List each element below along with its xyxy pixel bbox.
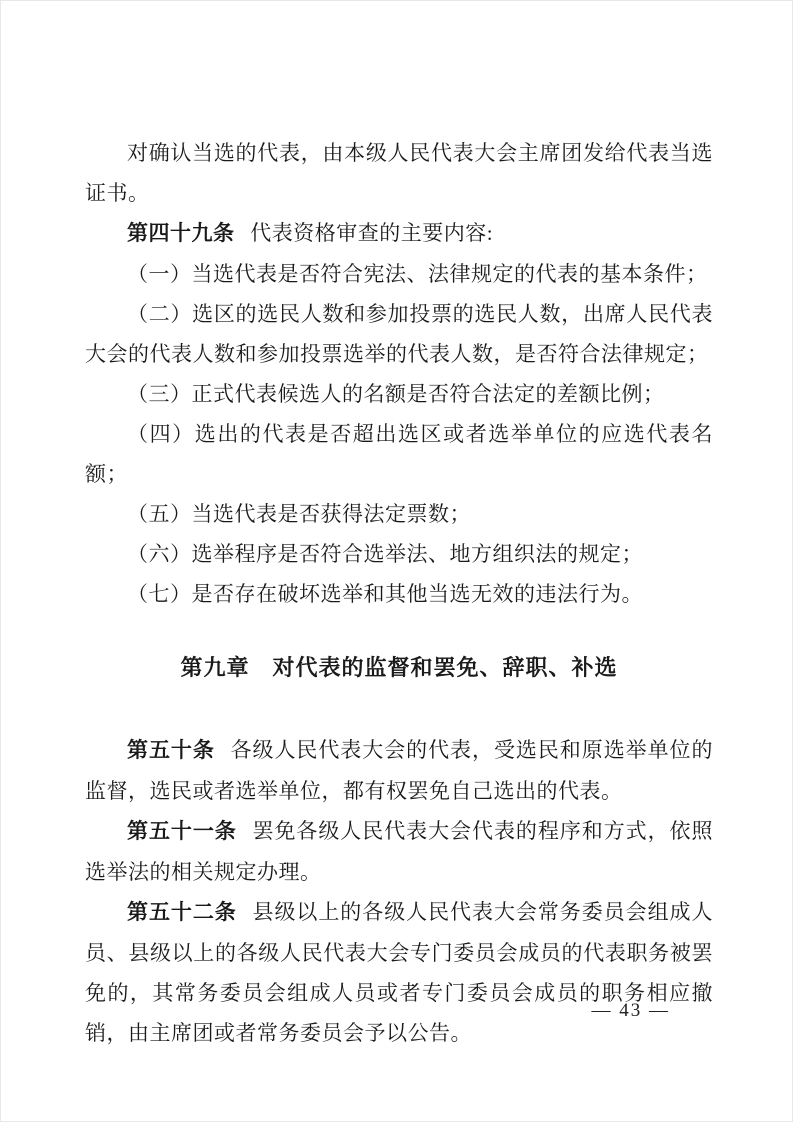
list-item-2: （二）选区的选民人数和参加投票的选民人数，出席人民代表大会的代表人数和参加投票选…: [85, 294, 713, 374]
list-item-5: （五）当选代表是否获得法定票数；: [85, 494, 713, 534]
article-49-number: 第四十九条: [127, 222, 235, 245]
document-body: 对确认当选的代表，由本级人民代表大会主席团发给代表当选证书。 第四十九条代表资格…: [85, 133, 713, 1053]
article-49-text: 代表资格审查的主要内容:: [250, 221, 493, 245]
list-item-1: （一）当选代表是否符合宪法、法律规定的代表的基本条件；: [85, 254, 713, 294]
intro-paragraph: 对确认当选的代表，由本级人民代表大会主席团发给代表当选证书。: [85, 133, 713, 213]
article-51-number: 第五十一条: [127, 820, 237, 843]
article-50-paragraph: 第五十条各级人民代表大会的代表，受选民和原选举单位的监督，选民或者选举单位，都有…: [85, 730, 713, 811]
list-item-7: （七）是否存在破坏选举和其他当选无效的违法行为。: [85, 574, 713, 614]
list-item-3: （三）正式代表候选人的名额是否符合法定的差额比例；: [85, 374, 713, 414]
article-51-paragraph: 第五十一条罢免各级人民代表大会代表的程序和方式，依照选举法的相关规定办理。: [85, 811, 713, 892]
article-52-number: 第五十二条: [127, 901, 237, 924]
document-page: 对确认当选的代表，由本级人民代表大会主席团发给代表当选证书。 第四十九条代表资格…: [0, 0, 793, 1122]
article-50-number: 第五十条: [127, 739, 215, 762]
chapter-heading: 第九章 对代表的监督和罢免、辞职、补选: [85, 648, 713, 688]
list-item-6: （六）选举程序是否符合选举法、地方组织法的规定；: [85, 534, 713, 574]
page-number: — 43 —: [592, 999, 671, 1023]
article-49-paragraph: 第四十九条代表资格审查的主要内容:: [85, 213, 713, 254]
article-52-paragraph: 第五十二条县级以上的各级人民代表大会常务委员会组成人员、县级以上的各级人民代表大…: [85, 892, 713, 1053]
list-item-4: （四）选出的代表是否超出选区或者选举单位的应选代表名额；: [85, 414, 713, 494]
